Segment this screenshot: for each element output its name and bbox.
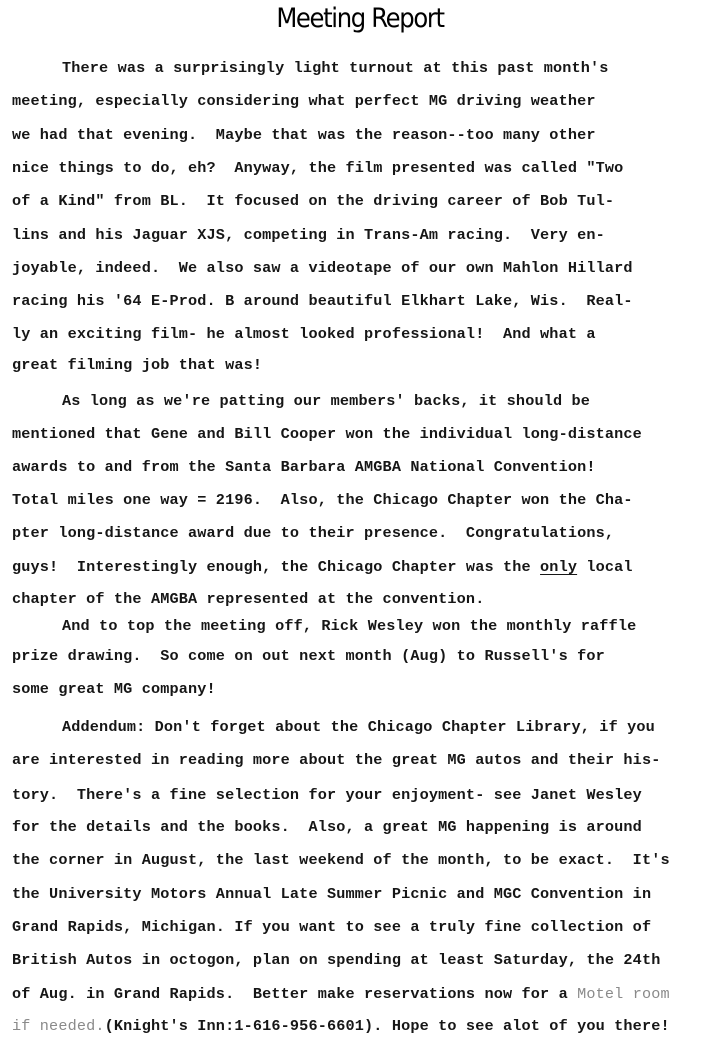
text-line: And to top the meeting off, Rick Wesley … xyxy=(62,617,636,635)
text-line: nice things to do, eh? Anyway, the film … xyxy=(12,159,623,177)
line-text: joyable, indeed. We also saw a videotape… xyxy=(12,259,633,277)
text-line: mentioned that Gene and Bill Cooper won … xyxy=(12,425,642,443)
line-text: And to top the meeting off, Rick Wesley … xyxy=(62,617,636,635)
text-line: of Aug. in Grand Rapids. Better make res… xyxy=(12,985,670,1003)
line-text: great filming job that was! xyxy=(12,356,262,374)
line-text: for the details and the books. Also, a g… xyxy=(12,818,642,836)
text-line: joyable, indeed. We also saw a videotape… xyxy=(12,259,633,277)
line-text: British Autos in octogon, plan on spendi… xyxy=(12,951,660,969)
line-text: ly an exciting film- he almost looked pr… xyxy=(12,325,596,343)
text-line: awards to and from the Santa Barbara AMG… xyxy=(12,458,596,476)
line-text: Total miles one way = 2196. Also, the Ch… xyxy=(12,491,633,509)
line-text: racing his '64 E-Prod. B around beautifu… xyxy=(12,292,633,310)
text-line: great filming job that was! xyxy=(12,356,262,374)
line-text: local xyxy=(577,558,633,576)
text-line: tory. There's a fine selection for your … xyxy=(12,786,642,804)
text-line: pter long-distance award due to their pr… xyxy=(12,524,614,542)
line-text: the corner in August, the last weekend o… xyxy=(12,851,670,869)
text-line: racing his '64 E-Prod. B around beautifu… xyxy=(12,292,633,310)
text-line: of a Kind" from BL. It focused on the dr… xyxy=(12,192,614,210)
line-text: some great MG company! xyxy=(12,680,216,698)
text-line: chapter of the AMGBA represented at the … xyxy=(12,590,484,608)
line-text: As long as we're patting our members' ba… xyxy=(62,392,590,410)
text-line: As long as we're patting our members' ba… xyxy=(62,392,590,410)
text-line: we had that evening. Maybe that was the … xyxy=(12,126,596,144)
text-line: British Autos in octogon, plan on spendi… xyxy=(12,951,660,969)
text-line: ly an exciting film- he almost looked pr… xyxy=(12,325,596,343)
text-line: are interested in reading more about the… xyxy=(12,751,660,769)
text-line: There was a surprisingly light turnout a… xyxy=(62,59,609,77)
line-text: of a Kind" from BL. It focused on the dr… xyxy=(12,192,614,210)
line-text: prize drawing. So come on out next month… xyxy=(12,647,605,665)
line-text: we had that evening. Maybe that was the … xyxy=(12,126,596,144)
text-line: the corner in August, the last weekend o… xyxy=(12,851,670,869)
line-text: the University Motors Annual Late Summer… xyxy=(12,885,651,903)
line-text: mentioned that Gene and Bill Cooper won … xyxy=(12,425,642,443)
line-text: Addendum: Don't forget about the Chicago… xyxy=(62,718,655,736)
text-line: prize drawing. So come on out next month… xyxy=(12,647,605,665)
line-text: awards to and from the Santa Barbara AMG… xyxy=(12,458,596,476)
text-line: guys! Interestingly enough, the Chicago … xyxy=(12,558,633,576)
line-text: lins and his Jaguar XJS, competing in Tr… xyxy=(12,226,605,244)
text-line: meeting, especially considering what per… xyxy=(12,92,596,110)
faded-text: if needed. xyxy=(12,1017,105,1035)
faded-text: Motel room xyxy=(577,985,670,1003)
text-line: if needed.(Knight's Inn:1-616-956-6601).… xyxy=(12,1017,670,1035)
line-text: chapter of the AMGBA represented at the … xyxy=(12,590,484,608)
line-text: guys! Interestingly enough, the Chicago … xyxy=(12,558,540,576)
line-text: tory. There's a fine selection for your … xyxy=(12,786,642,804)
line-text: (Knight's Inn:1-616-956-6601). Hope to s… xyxy=(105,1017,670,1035)
page-title: Meeting Report xyxy=(36,0,684,38)
text-line: the University Motors Annual Late Summer… xyxy=(12,885,651,903)
text-line: some great MG company! xyxy=(12,680,216,698)
underlined-word: only xyxy=(540,558,577,576)
line-text: nice things to do, eh? Anyway, the film … xyxy=(12,159,623,177)
line-text: of Aug. in Grand Rapids. Better make res… xyxy=(12,985,577,1003)
text-line: Total miles one way = 2196. Also, the Ch… xyxy=(12,491,633,509)
text-line: for the details and the books. Also, a g… xyxy=(12,818,642,836)
line-text: meeting, especially considering what per… xyxy=(12,92,596,110)
line-text: There was a surprisingly light turnout a… xyxy=(62,59,609,77)
line-text: Grand Rapids, Michigan. If you want to s… xyxy=(12,918,651,936)
line-text: are interested in reading more about the… xyxy=(12,751,660,769)
text-line: Addendum: Don't forget about the Chicago… xyxy=(62,718,655,736)
text-line: Grand Rapids, Michigan. If you want to s… xyxy=(12,918,651,936)
line-text: pter long-distance award due to their pr… xyxy=(12,524,614,542)
text-line: lins and his Jaguar XJS, competing in Tr… xyxy=(12,226,605,244)
